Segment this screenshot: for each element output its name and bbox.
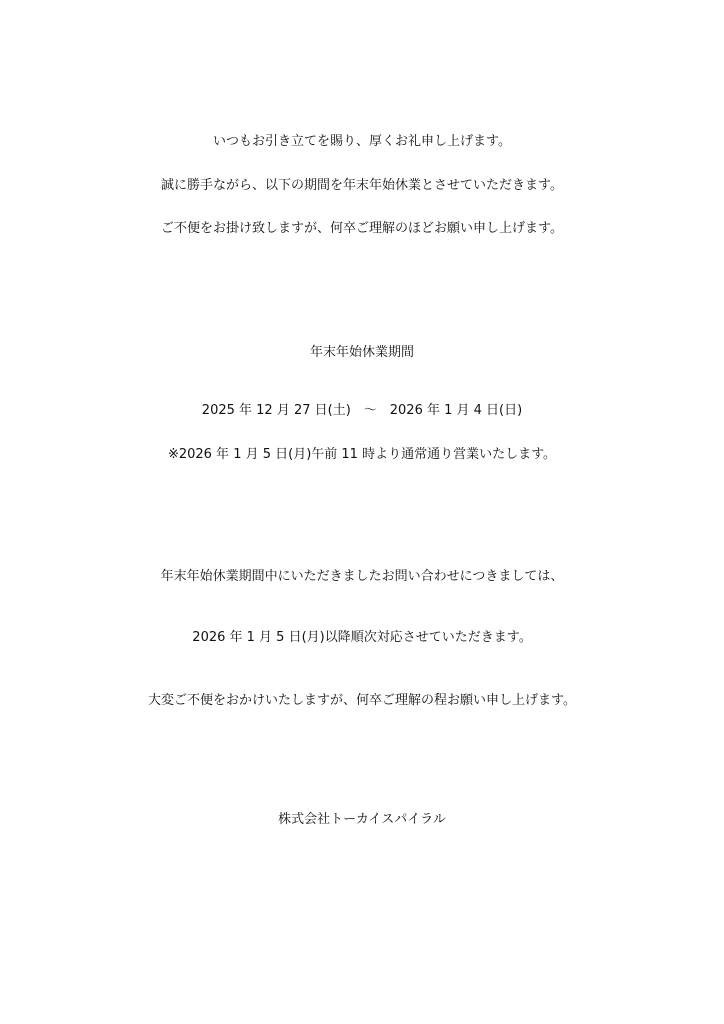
holiday-period-title: 年末年始休業期間 xyxy=(0,344,724,362)
inquiry-line-2: 2026 年 1 月 5 日(月)以降順次対応させていただきます。 xyxy=(0,629,724,647)
document-page: いつもお引き立てを賜り、厚くお礼申し上げます。 誠に勝手ながら、以下の期間を年末… xyxy=(0,0,724,1024)
company-signature: 株式会社トーカイスパイラル xyxy=(0,811,724,829)
business-resume-note: ※2026 年 1 月 5 日(月)午前 11 時より通常通り営業いたします。 xyxy=(0,446,724,464)
inquiry-line-3: 大変ご不便をおかけいたしますが、何卒ご理解の程お願い申し上げます。 xyxy=(0,692,724,710)
greeting-line-3: ご不便をお掛け致しますが、何卒ご理解のほどお願い申し上げます。 xyxy=(0,220,724,238)
greeting-line-2: 誠に勝手ながら、以下の期間を年末年始休業とさせていただきます。 xyxy=(0,177,724,195)
inquiry-line-1: 年末年始休業期間中にいただきましたお問い合わせにつきましては、 xyxy=(0,568,724,586)
holiday-period-dates: 2025 年 12 月 27 日(土) ～ 2026 年 1 月 4 日(日) xyxy=(0,402,724,420)
greeting-line-1: いつもお引き立てを賜り、厚くお礼申し上げます。 xyxy=(0,133,724,151)
